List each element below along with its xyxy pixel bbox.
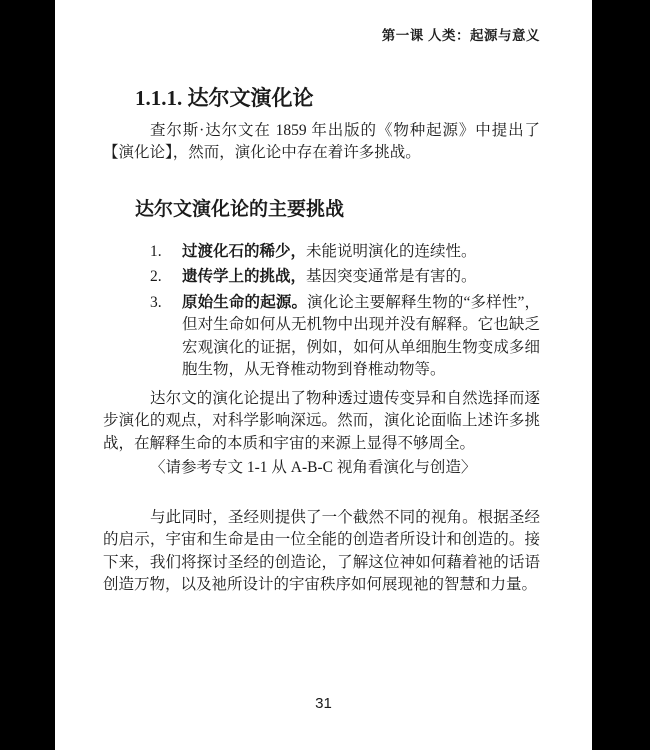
list-item-text: 基因突变通常是有害的。 bbox=[306, 268, 477, 285]
list-item-text: 未能说明演化的连续性。 bbox=[306, 243, 477, 260]
challenge-list: 1. 过渡化石的稀少，未能说明演化的连续性。 2. 遗传学上的挑战，基因突变通常… bbox=[103, 241, 540, 384]
paragraph-bible-perspective: 与此同时，圣经则提供了一个截然不同的视角。根据圣经的启示，宇宙和生命是由一位全能… bbox=[103, 507, 540, 597]
list-item: 2. 遗传学上的挑战，基因突变通常是有害的。 bbox=[103, 266, 540, 288]
paragraph-intro: 查尔斯·达尔文在 1859 年出版的《物种起源》中提出了【演化论】，然而，演化论… bbox=[103, 120, 540, 165]
list-item-lead: 原始生命的起源。 bbox=[182, 294, 307, 311]
list-item-lead: 过渡化石的稀少， bbox=[182, 243, 306, 260]
screenshot-canvas: 第一课 人类：起源与意义 1.1.1. 达尔文演化论 查尔斯·达尔文在 1859… bbox=[0, 0, 650, 750]
left-black-margin bbox=[0, 0, 55, 750]
section-heading: 1.1.1. 达尔文演化论 bbox=[135, 86, 540, 110]
running-header: 第一课 人类：起源与意义 bbox=[103, 24, 540, 44]
list-item-number: 2. bbox=[150, 266, 162, 288]
book-page: 第一课 人类：起源与意义 1.1.1. 达尔文演化论 查尔斯·达尔文在 1859… bbox=[55, 0, 592, 750]
list-item-number: 3. bbox=[150, 292, 162, 314]
list-item-lead: 遗传学上的挑战， bbox=[182, 268, 306, 285]
list-item: 1. 过渡化石的稀少，未能说明演化的连续性。 bbox=[103, 241, 540, 263]
list-item: 3. 原始生命的起源。演化论主要解释生物的“多样性”，但对生命如何从无机物中出现… bbox=[103, 292, 540, 382]
reference-note: 〈请参考专文 1-1 从 A-B-C 视角看演化与创造〉 bbox=[103, 457, 540, 479]
page-number: 31 bbox=[55, 695, 592, 712]
right-black-margin bbox=[592, 0, 650, 750]
paragraph-summary: 达尔文的演化论提出了物种透过遗传变异和自然选择而逐步演化的观点，对科学影响深远。… bbox=[103, 388, 540, 455]
list-item-number: 1. bbox=[150, 241, 162, 263]
subsection-heading: 达尔文演化论的主要挑战 bbox=[135, 199, 540, 221]
